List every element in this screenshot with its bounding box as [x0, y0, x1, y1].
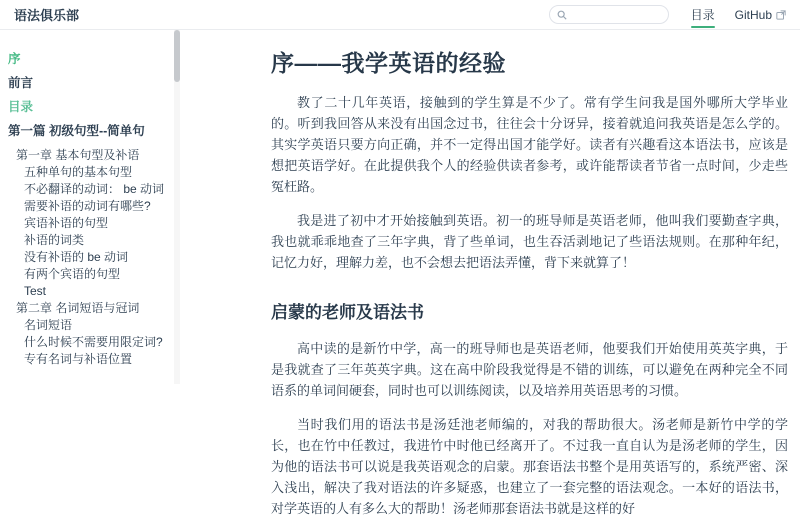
sidebar-item[interactable]: 第二章 名词短语与冠词 — [0, 300, 182, 317]
sidebar-item[interactable]: 名词短语 — [0, 317, 182, 334]
paragraph: 高中读的是新竹中学，高一的班导师也是英语老师，他要我们开始使用英英字典，于是我就… — [271, 338, 788, 384]
sidebar-item[interactable]: 序 — [0, 51, 182, 67]
intro-paragraphs: 教了二十几年英语，接触到的学生算是不少了。常有学生问我是国外哪所大学毕业的。听到… — [271, 92, 788, 273]
external-link-icon — [776, 10, 786, 20]
sidebar-item[interactable]: 前言 — [0, 75, 182, 91]
navbar-right: 目录 GitHub — [549, 0, 786, 30]
sidebar-item[interactable]: 宾语补语的句型 — [0, 215, 182, 232]
navbar: 语法俱乐部 目录 GitHub — [0, 0, 800, 30]
search-box[interactable] — [549, 5, 669, 24]
sidebar-item[interactable]: 五种单句的基本句型 — [0, 164, 182, 181]
sidebar-item[interactable]: 没有补语的 be 动词 — [0, 249, 182, 266]
nav-toc-link[interactable]: 目录 — [691, 0, 715, 30]
search-icon — [557, 10, 567, 20]
sidebar-item[interactable]: Test — [0, 283, 182, 300]
nav-github-label: GitHub — [735, 0, 772, 30]
paragraph: 我是进了初中才开始接触到英语。初一的班导师是英语老师，他叫我们要勤查字典，我也就… — [271, 210, 788, 273]
sidebar-item[interactable]: 专有名词与补语位置 — [0, 351, 182, 368]
page-title: 序——我学英语的经验 — [271, 45, 788, 78]
main-content: 序——我学英语的经验 教了二十几年英语，接触到的学生算是不少了。常有学生问我是国… — [182, 30, 800, 384]
paragraph: 教了二十几年英语，接触到的学生算是不少了。常有学生问我是国外哪所大学毕业的。听到… — [271, 92, 788, 197]
sidebar-item[interactable]: 第一章 基本句型及补语 — [0, 147, 182, 164]
sidebar-item[interactable]: 不必翻译的动词： be 动词 — [0, 181, 182, 198]
section-paragraphs: 高中读的是新竹中学，高一的班导师也是英语老师，他要我们开始使用英英字典，于是我就… — [271, 338, 788, 384]
site-title[interactable]: 语法俱乐部 — [14, 5, 79, 24]
sidebar-item[interactable]: 补语的词类 — [0, 232, 182, 249]
sidebar-scrollbar-track[interactable] — [174, 30, 180, 384]
sidebar-item[interactable]: 什么时候不需要用限定词? — [0, 334, 182, 351]
sidebar-item[interactable]: 第一篇 初级句型--简单句 — [0, 123, 182, 139]
sidebar-item[interactable]: 需要补语的动词有哪些? — [0, 198, 182, 215]
sidebar-item[interactable]: 目录 — [0, 99, 182, 115]
sidebar-item[interactable]: 有两个宾语的句型 — [0, 266, 182, 283]
nav-github-link[interactable]: GitHub — [735, 0, 786, 30]
sidebar-scrollbar-thumb[interactable] — [174, 30, 180, 82]
sidebar-nav: 序前言目录第一篇 初级句型--简单句第一章 基本句型及补语五种单句的基本句型不必… — [0, 30, 182, 384]
search-input[interactable] — [572, 9, 661, 21]
section-heading: 启蒙的老师及语法书 — [271, 298, 788, 323]
